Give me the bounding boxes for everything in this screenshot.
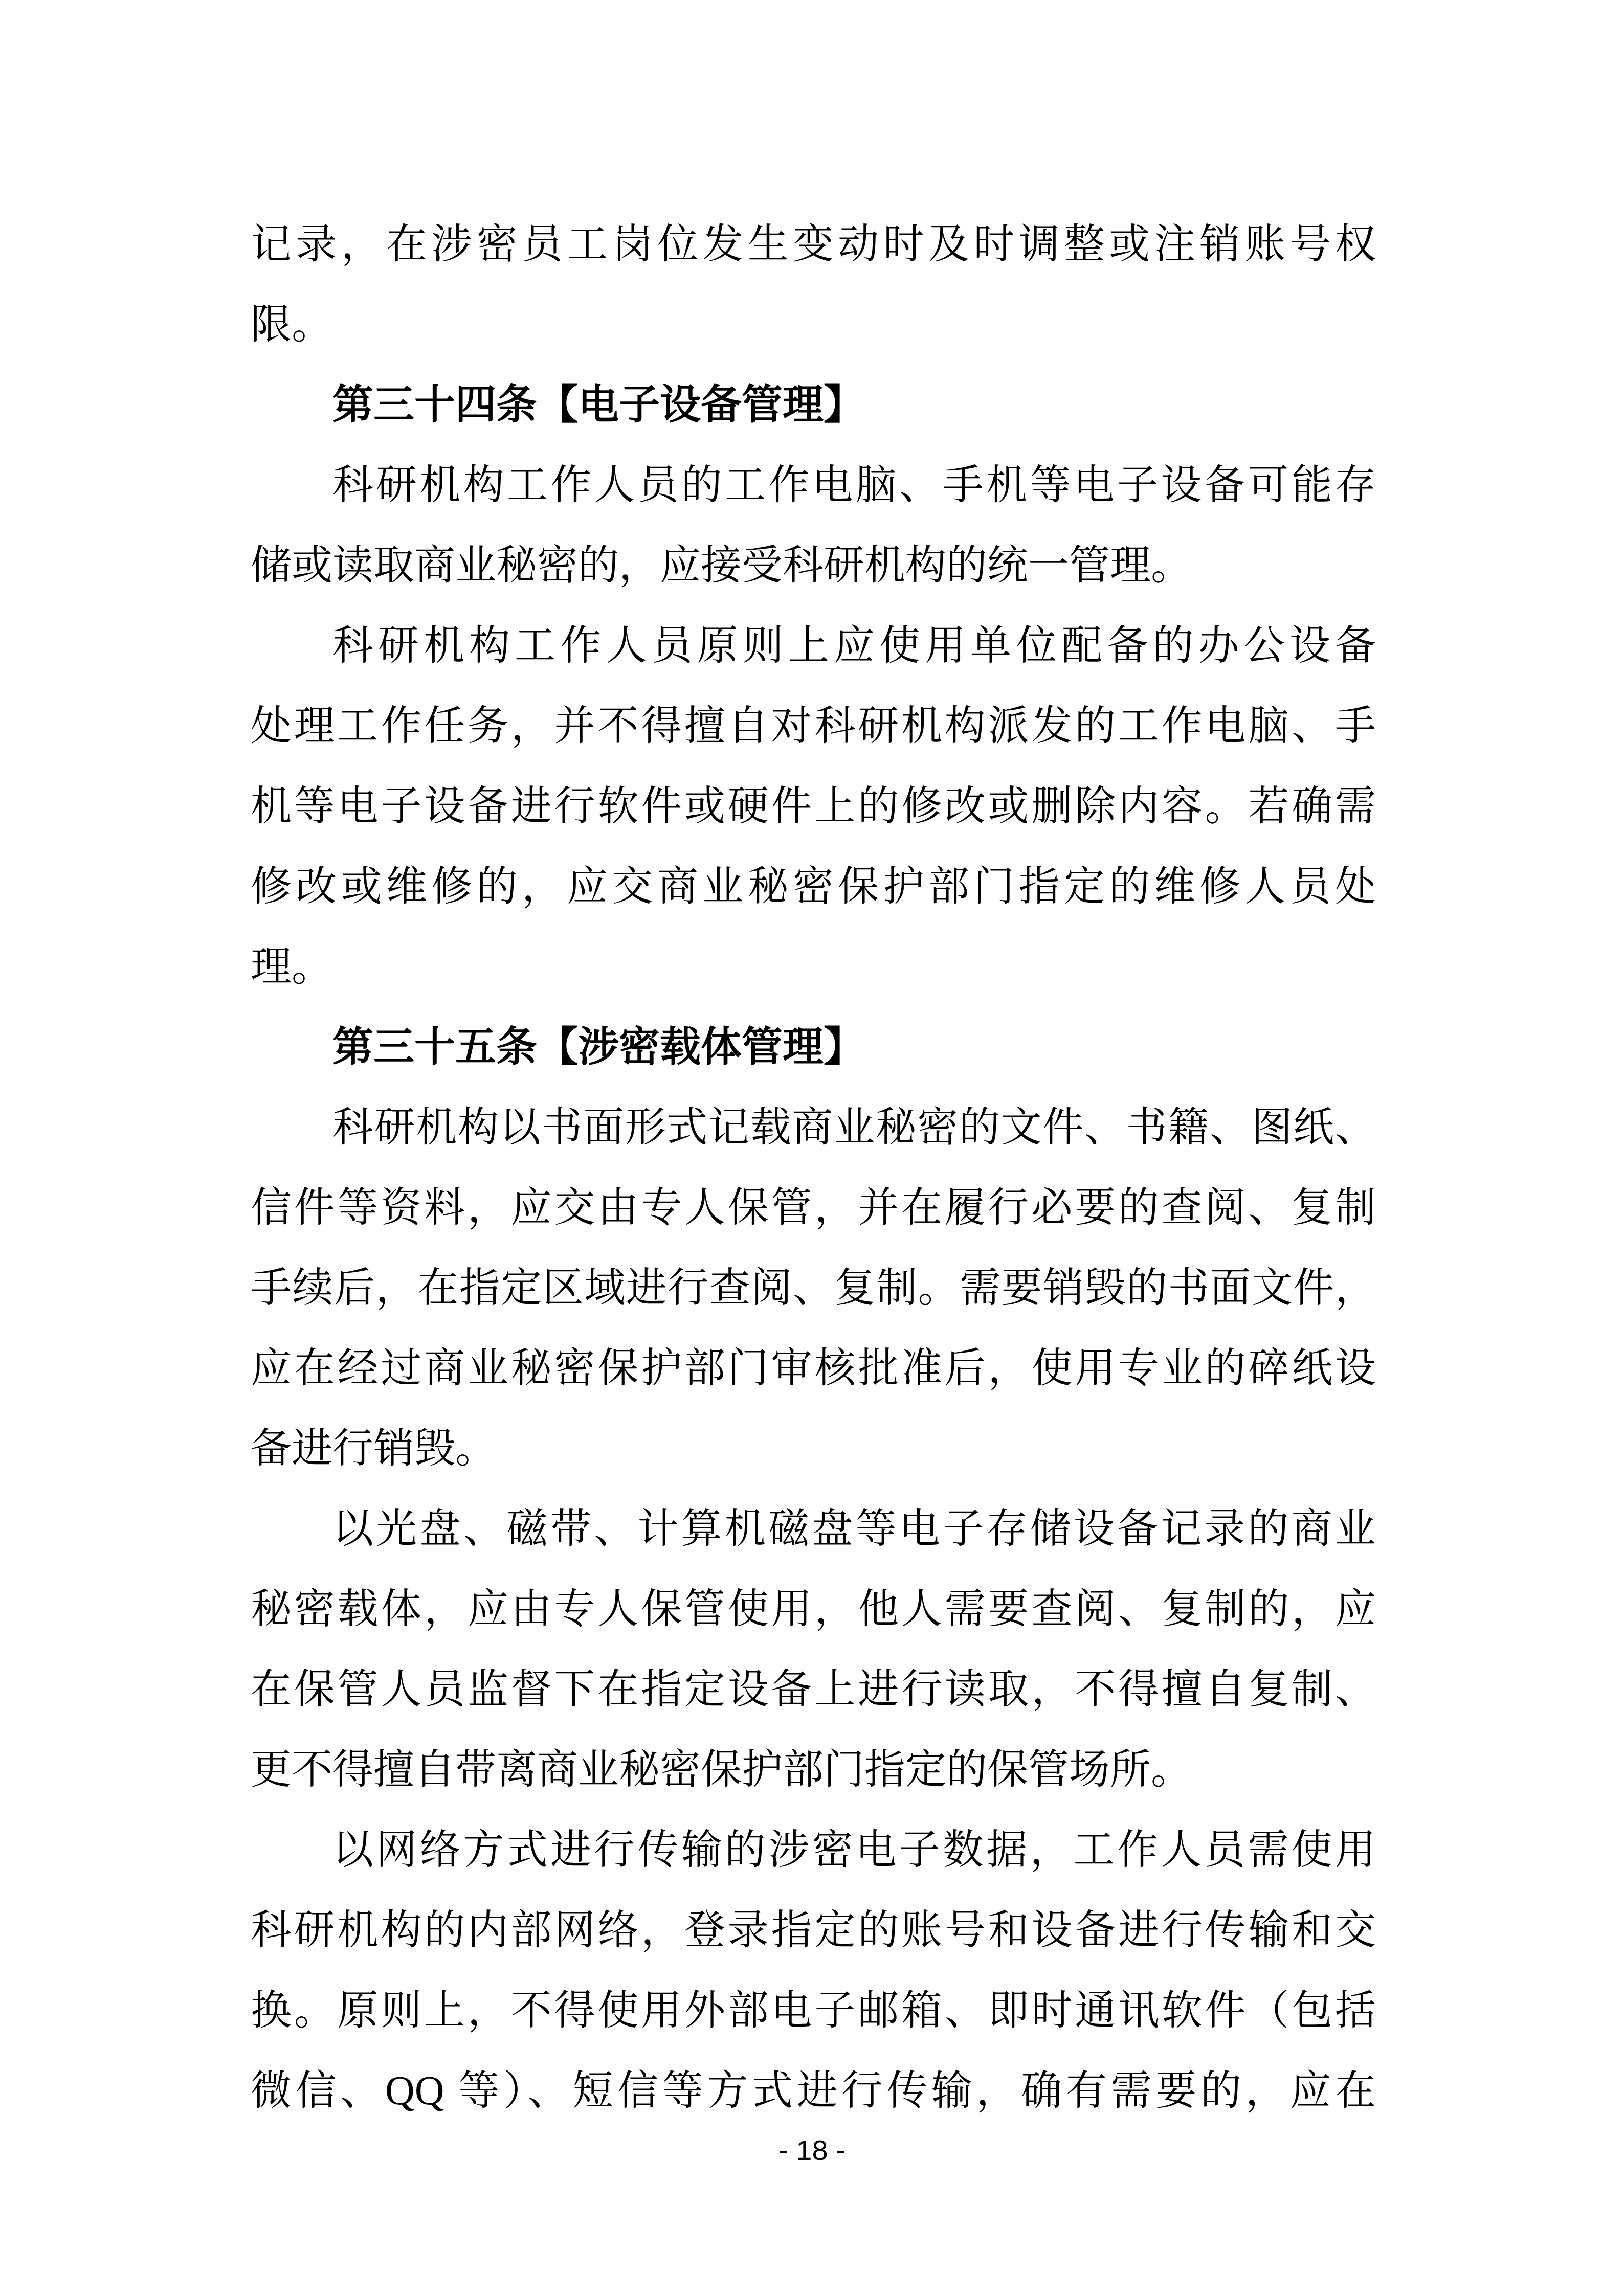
text-line: 在保管人员监督下在指定设备上进行读取，不得擅自复制、 — [251, 1650, 1376, 1730]
text-line: 以网络方式进行传输的涉密电子数据，工作人员需使用 — [251, 1810, 1376, 1890]
document-body: 记录，在涉密员工岗位发生变动时及时调整或注销账号权限。第三十四条【电子设备管理】… — [251, 205, 1376, 2131]
text-line: 科研机构工作人员的工作电脑、手机等电子设备可能存 — [251, 445, 1376, 526]
page-footer: - 18 - — [0, 2133, 1624, 2167]
heading-line: 第三十四条【电子设备管理】 — [251, 365, 1376, 445]
text-line: 备进行销毁。 — [251, 1409, 1376, 1489]
text-line: 以光盘、磁带、计算机磁盘等电子存储设备记录的商业 — [251, 1489, 1376, 1569]
text-line: 限。 — [251, 285, 1376, 365]
text-line: 应在经过商业秘密保护部门审核批准后，使用专业的碎纸设 — [251, 1329, 1376, 1409]
text-line: 更不得擅自带离商业秘密保护部门指定的保管场所。 — [251, 1730, 1376, 1810]
text-line: 换。原则上，不得使用外部电子邮箱、即时通讯软件（包括 — [251, 1971, 1376, 2051]
text-line: 科研机构以书面形式记载商业秘密的文件、书籍、图纸、 — [251, 1088, 1376, 1168]
text-line: 理。 — [251, 927, 1376, 1007]
text-line: 机等电子设备进行软件或硬件上的修改或删除内容。若确需 — [251, 767, 1376, 847]
text-line: 修改或维修的，应交商业秘密保护部门指定的维修人员处 — [251, 847, 1376, 927]
heading-line: 第三十五条【涉密载体管理】 — [251, 1007, 1376, 1088]
text-line: 记录，在涉密员工岗位发生变动时及时调整或注销账号权 — [251, 205, 1376, 285]
text-line: 科研机构的内部网络，登录指定的账号和设备进行传输和交 — [251, 1890, 1376, 1971]
page-number: - 18 - — [778, 2134, 846, 2166]
text-line: 手续后，在指定区域进行查阅、复制。需要销毁的书面文件， — [251, 1248, 1376, 1329]
text-line: 储或读取商业秘密的，应接受科研机构的统一管理。 — [251, 526, 1376, 606]
document-page: 记录，在涉密员工岗位发生变动时及时调整或注销账号权限。第三十四条【电子设备管理】… — [0, 0, 1624, 2296]
text-line: 微信、QQ 等）、短信等方式进行传输，确有需要的，应在 — [251, 2051, 1376, 2131]
text-line: 处理工作任务，并不得擅自对科研机构派发的工作电脑、手 — [251, 686, 1376, 767]
text-line: 科研机构工作人员原则上应使用单位配备的办公设备 — [251, 606, 1376, 686]
text-line: 秘密载体，应由专人保管使用，他人需要查阅、复制的，应 — [251, 1569, 1376, 1650]
text-line: 信件等资料，应交由专人保管，并在履行必要的查阅、复制 — [251, 1168, 1376, 1248]
